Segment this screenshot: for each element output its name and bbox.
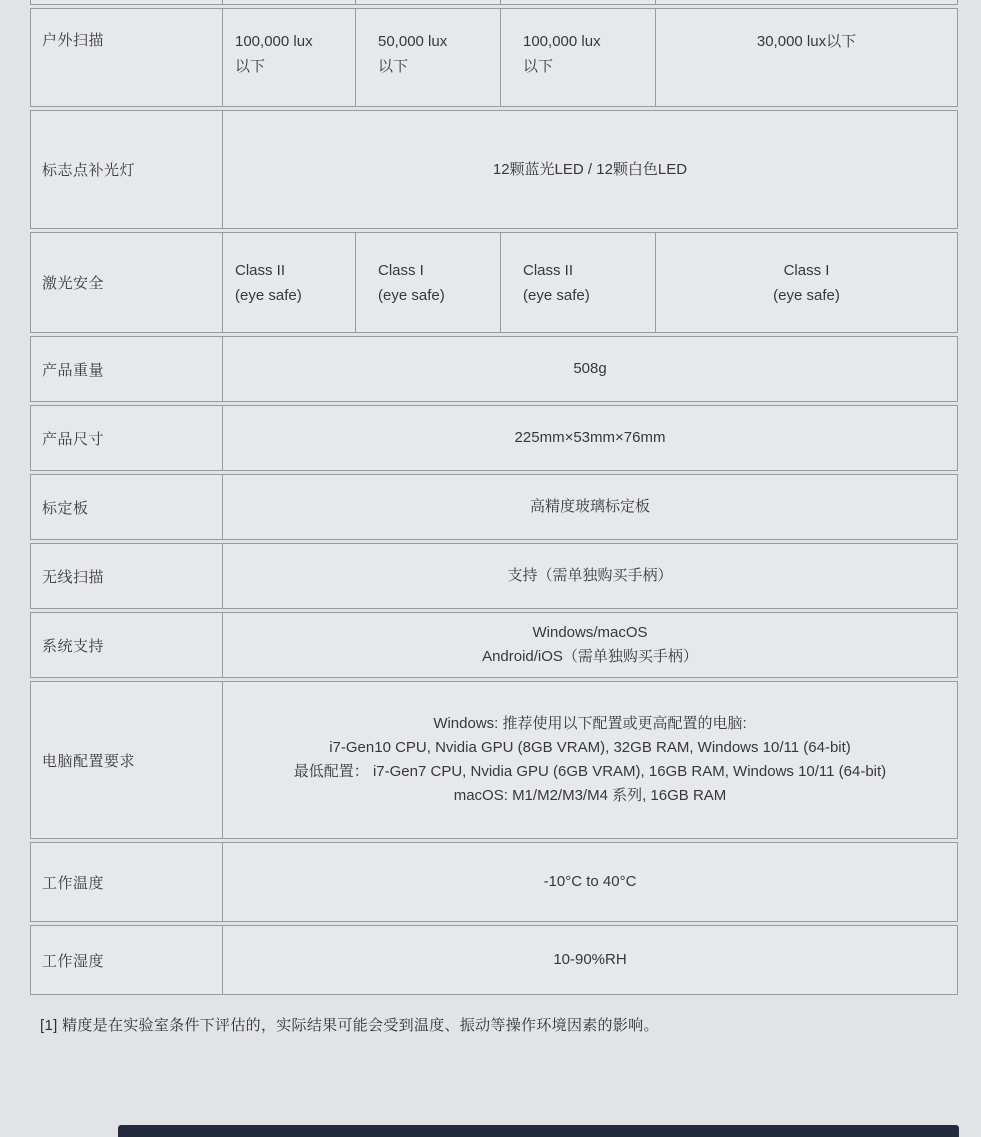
spec-value: Windows/macOS Android/iOS（需单独购买手柄）: [223, 613, 957, 677]
cell-line: 100,000 lux: [235, 29, 313, 54]
cell-line: Windows: 推荐使用以下配置或更高配置的电脑:: [433, 712, 746, 736]
row-label: 户外扫描: [31, 9, 223, 106]
spec-value: 508g: [223, 337, 957, 401]
table-row-marker-light: 标志点补光灯 12颗蓝光LED / 12颗白色LED: [30, 110, 958, 229]
cropped-cell-divider: [501, 0, 656, 4]
cell-line: Class II: [235, 258, 355, 283]
spec-value: 高精度玻璃标定板: [223, 475, 957, 539]
spec-cell: 100,000 lux 以下: [223, 9, 356, 106]
table-row-weight: 产品重量 508g: [30, 336, 958, 402]
cropped-row-edge: [30, 0, 958, 5]
table-row-operating-temperature: 工作温度 -10°C to 40°C: [30, 842, 958, 922]
cell-line: Class I: [784, 258, 830, 283]
cell-line: i7-Gen10 CPU, Nvidia GPU (8GB VRAM), 32G…: [329, 736, 851, 760]
cell-line: (eye safe): [523, 283, 655, 308]
spec-cell: 50,000 lux 以下: [356, 9, 501, 106]
row-label: 无线扫描: [31, 544, 223, 608]
row-label: 电脑配置要求: [31, 682, 223, 838]
table-row-laser-safety: 激光安全 Class II (eye safe) Class I (eye sa…: [30, 232, 958, 333]
cell-line: 以下: [378, 54, 408, 79]
cell-line: 以下: [235, 54, 265, 79]
cell-line: (eye safe): [235, 283, 355, 308]
table-row-outdoor-scan: 户外扫描 100,000 lux 以下 50,000 lux 以下 100,00…: [30, 8, 958, 107]
row-label: 激光安全: [31, 233, 223, 332]
table-row-operating-humidity: 工作湿度 10-90%RH: [30, 925, 958, 995]
cell-line: 支持（需单独购买手柄）: [507, 564, 672, 588]
table-row-pc-requirements: 电脑配置要求 Windows: 推荐使用以下配置或更高配置的电脑: i7-Gen…: [30, 681, 958, 839]
row-label: 标志点补光灯: [31, 111, 223, 228]
cell-line: Android/iOS（需单独购买手柄）: [482, 645, 698, 669]
row-label: 产品重量: [31, 337, 223, 401]
spec-cell: Class I (eye safe): [656, 233, 957, 332]
spec-cell: Class I (eye safe): [356, 233, 501, 332]
table-row-os-support: 系统支持 Windows/macOS Android/iOS（需单独购买手柄）: [30, 612, 958, 678]
row-label: 工作温度: [31, 843, 223, 921]
spec-value: Windows: 推荐使用以下配置或更高配置的电脑: i7-Gen10 CPU,…: [223, 682, 957, 838]
table-row-wireless-scan: 无线扫描 支持（需单独购买手柄）: [30, 543, 958, 609]
row-label: 标定板: [31, 475, 223, 539]
cell-line: 30,000 lux以下: [757, 29, 856, 54]
cell-line: 50,000 lux: [378, 29, 447, 54]
spec-value: 支持（需单独购买手柄）: [223, 544, 957, 608]
cell-line: -10°C to 40°C: [544, 870, 637, 894]
cropped-cell-divider: [31, 0, 223, 4]
spec-value: 10-90%RH: [223, 926, 957, 994]
row-label: 工作湿度: [31, 926, 223, 994]
spec-cell: Class II (eye safe): [223, 233, 356, 332]
spec-value: 12颗蓝光LED / 12颗白色LED: [223, 111, 957, 228]
cell-line: 10-90%RH: [553, 948, 626, 972]
cell-line: Class I: [378, 258, 500, 283]
spec-cell: 30,000 lux以下: [656, 9, 957, 106]
cropped-cell-divider: [223, 0, 356, 4]
cell-line: 12颗蓝光LED / 12颗白色LED: [493, 158, 687, 182]
table-row-calibration-board: 标定板 高精度玻璃标定板: [30, 474, 958, 540]
cell-line: Windows/macOS: [532, 621, 647, 645]
cell-line: 最低配置： i7-Gen7 CPU, Nvidia GPU (6GB VRAM)…: [294, 760, 886, 784]
cell-line: (eye safe): [378, 283, 500, 308]
cell-line: 高精度玻璃标定板: [530, 495, 650, 519]
cell-line: Class II: [523, 258, 655, 283]
cell-line: (eye safe): [773, 283, 840, 308]
cell-line: 225mm×53mm×76mm: [515, 426, 666, 450]
row-label: 系统支持: [31, 613, 223, 677]
cell-line: macOS: M1/M2/M3/M4 系列, 16GB RAM: [454, 784, 727, 808]
cell-line: 100,000 lux: [523, 29, 601, 54]
spec-value: 225mm×53mm×76mm: [223, 406, 957, 470]
cropped-cell-divider: [656, 0, 957, 4]
accuracy-footnote: [1] 精度是在实验室条件下评估的，实际结果可能会受到温度、振动等操作环境因素的…: [40, 1014, 659, 1035]
spec-table: 户外扫描 100,000 lux 以下 50,000 lux 以下 100,00…: [30, 0, 958, 998]
cell-line: 以下: [523, 54, 553, 79]
bottom-dark-band: [118, 1125, 959, 1137]
row-label: 产品尺寸: [31, 406, 223, 470]
cell-line: 508g: [573, 357, 606, 381]
spec-value: -10°C to 40°C: [223, 843, 957, 921]
spec-cell: Class II (eye safe): [501, 233, 656, 332]
cropped-cell-divider: [356, 0, 501, 4]
spec-cell: 100,000 lux 以下: [501, 9, 656, 106]
table-row-dimensions: 产品尺寸 225mm×53mm×76mm: [30, 405, 958, 471]
